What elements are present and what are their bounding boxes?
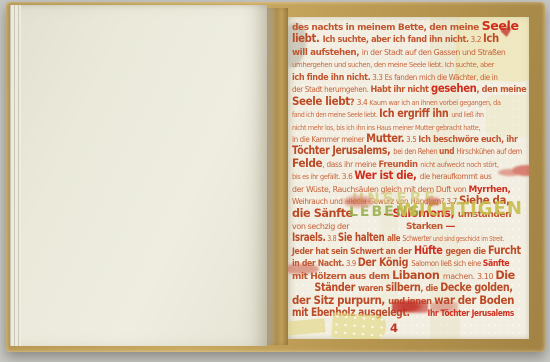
handwritten-line: Töchter Jerusalems, bei den Rehen und Hi… [292,143,490,155]
handwritten-line: liebt. Ich suchte, aber ich fand ihn nic… [292,31,504,43]
lip-print-stamp [392,298,428,315]
handwritten-line: fand ich den meine Seele liebt. Ich ergr… [292,106,495,118]
text-segment: Siehe da, [459,194,510,207]
text-segment: Sänfte [483,259,510,269]
text-segment: Der König [358,256,411,269]
handwritten-line: Jeder hat sein Schwert an der Hüfte gege… [292,243,495,255]
handwritten-line: Israels. 3.8 Sie halten alle Schwerter u… [292,230,476,242]
handwritten-line: umhergehen und suchen, den meine Seele l… [292,56,519,68]
handwritten-line: Weihrauch und allerlei Gewürz von Händle… [292,193,509,205]
right-page: ♥ des nachts in meinem Bette, den meine … [288,17,529,339]
red-stamp-saenfte [343,195,374,208]
handwritten-line: Ständer waren silbern, die Decke golden, [292,280,495,292]
text-segment: 3.7 [446,197,459,206]
lip-print-stamp-faded [430,300,458,314]
handwritten-line: der Stadt herumgehen. Habt ihr nicht ges… [292,81,504,93]
handwritten-line: Felde, dass ihr meine Freundin nicht auf… [292,156,514,168]
text-segment: Salomon ließ sich eine [411,259,483,268]
handwritten-line: die Sänfte —Salomons, umstanden [292,206,528,218]
handwritten-line: des nachts in meinem Bette, den meine Se… [292,19,528,31]
tape-strip-bottom-1 [288,318,326,335]
handwritten-line: bis es ihr gefällt. 3.6 Wer ist die, die… [292,168,509,180]
handwritten-text: des nachts in meinem Bette, den meine Se… [292,19,528,318]
red-smudge [288,264,319,274]
text-segment: 3.9 [344,259,358,268]
handwritten-line: will aufstehen, in der Stadt auf den Gas… [292,44,521,56]
book-gutter [267,8,288,345]
page-edges [10,5,21,346]
photo-background: ♥ des nachts in meinem Bette, den meine … [0,0,550,362]
left-page-blank [10,5,267,346]
text-segment: umstanden [458,210,511,220]
handwritten-line: ich finde ihn nicht. 3.3 Es fanden mich … [292,69,504,81]
open-book: ♥ des nachts in meinem Bette, den meine … [0,0,550,362]
handwritten-line: Seele liebt? 3.4 Kaum war ich an ihnen v… [292,94,509,106]
page-number: 4 [390,321,398,335]
handwritten-line: der Wüste, Rauchsäulen gleich mit dem Du… [292,181,523,193]
handwritten-line: in die Kammer meiner Mutter. 3.5 Ich bes… [292,131,502,143]
handwritten-line: nicht mehr los, bis ich ihn ins Haus mei… [292,119,516,131]
red-stamp-small [425,197,441,206]
handwritten-line: in der Nacht. 3.9 Der König Salomon ließ… [292,255,495,267]
handwritten-line: mit Hölzern aus dem Libanon machen. 3.10… [292,268,528,280]
